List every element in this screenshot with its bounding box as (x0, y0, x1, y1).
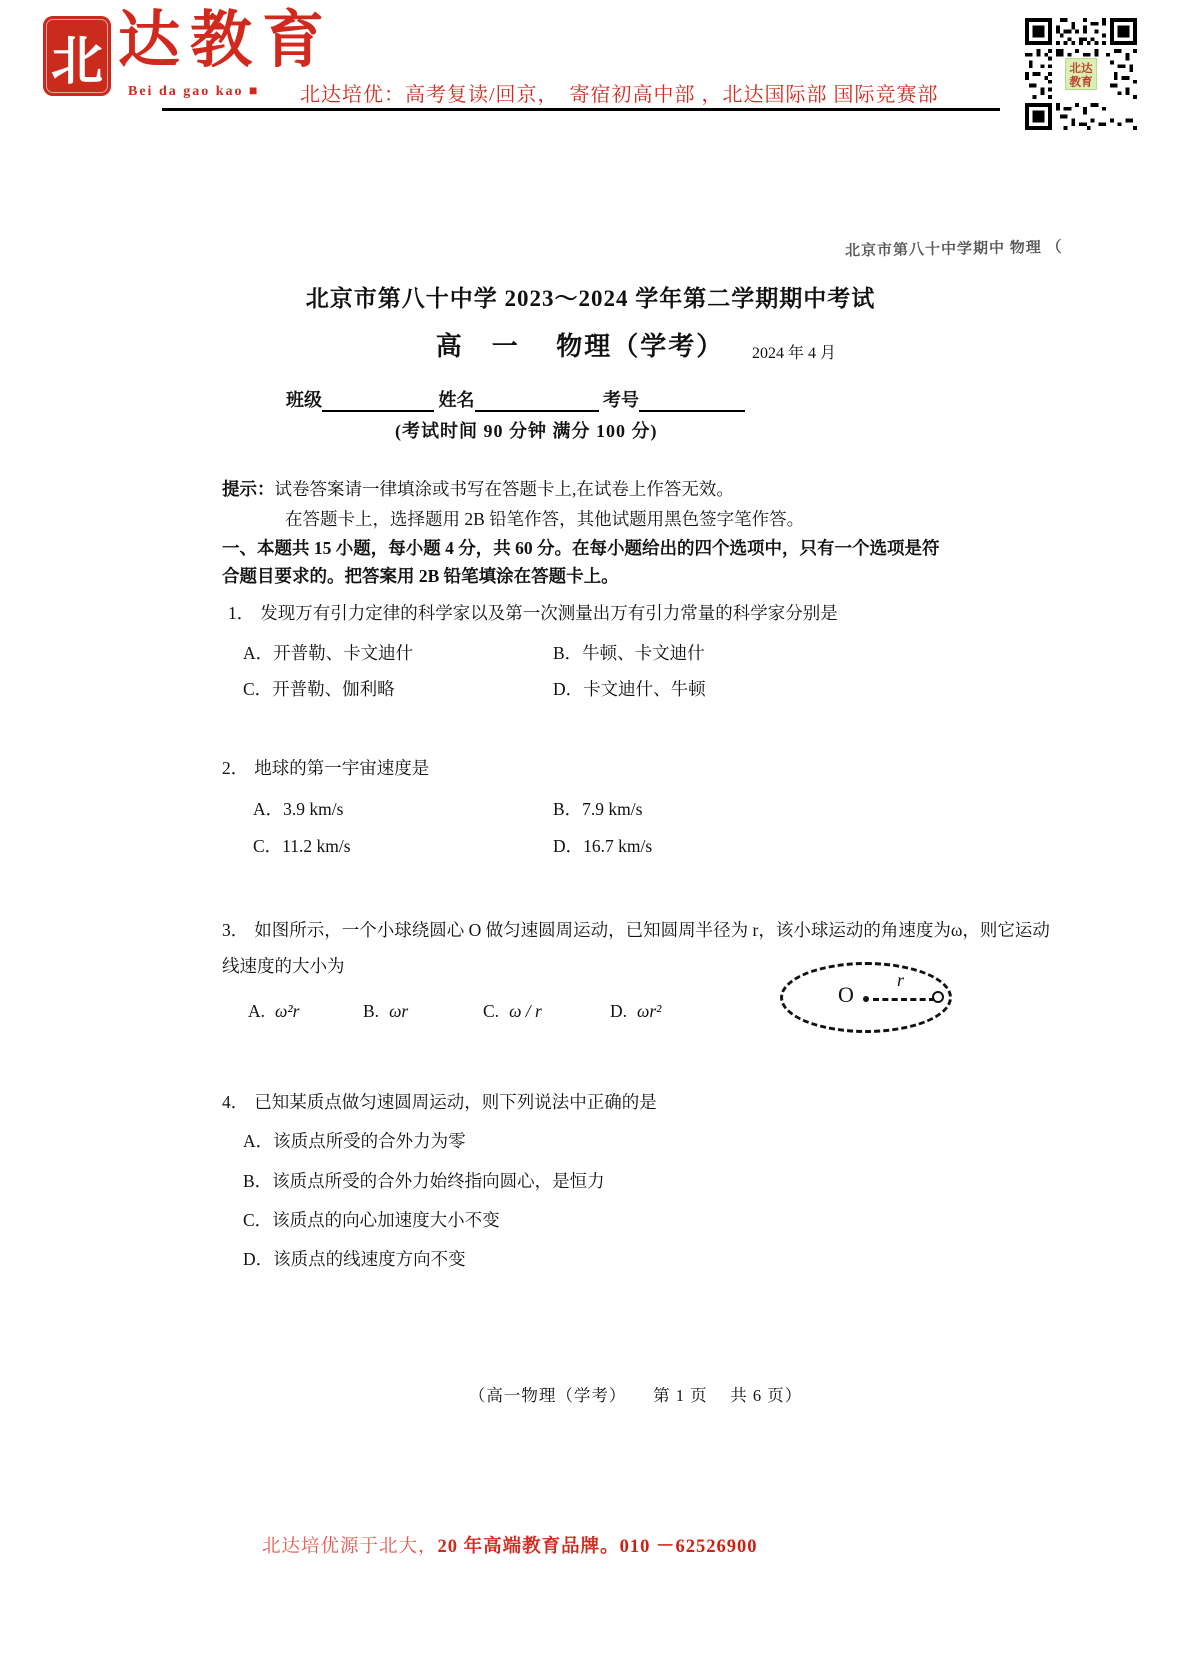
exam-title: 北京市第八十中学 2023～2024 学年第二学期期中考试 (0, 280, 1181, 313)
class-label: 班级 (286, 390, 322, 410)
section1-intro-line2: 合题目要求的。把答案用 2B 铅笔填涂在答题卡上。 (222, 566, 619, 588)
exam-paper-page: 北 达教育 Bei da gao kao ■ 北达培优：高考复读/回京， 寄宿初… (0, 0, 1181, 1654)
footer-promo: 北达培优源于北大，20 年高端教育品牌。010 －62526900 (262, 1532, 758, 1558)
question-3-stem-line2: 线速度的大小为 (222, 956, 345, 978)
option-b-formula: ωr (389, 1001, 408, 1021)
figure-center-label: O (838, 982, 854, 1008)
option-c-label: C. (483, 1001, 499, 1021)
notice-line-2: 在答题卡上，选择题用 2B 铅笔作答，其他试题用黑色签字笔作答。 (285, 509, 804, 531)
svg-text:教育: 教育 (1068, 75, 1093, 89)
question-1-option-a: A．开普勒、卡文迪什 (243, 643, 413, 665)
question-1-option-b: B．牛顿、卡文迪什 (553, 643, 705, 665)
question-4-option-d: D．该质点的线速度方向不变 (243, 1249, 466, 1271)
question-3-text-line1: 如图所示，一个小球绕圆心 O 做匀速圆周运动，已知圆周半径为 r，该小球运动的角… (254, 920, 1050, 940)
question-3-option-a: A.ω²r (248, 1001, 299, 1023)
question-2-option-b: B．7.9 km/s (553, 799, 642, 821)
question-2-text: 地球的第一宇宙速度是 (254, 758, 429, 778)
brand-seal-logo: 北 (43, 16, 111, 96)
notice-text-1: 试卷答案请一律填涂或书写在答题卡上,在试卷上作答无效。 (275, 479, 734, 499)
notice-line-1: 提示：试卷答案请一律填涂或书写在答题卡上,在试卷上作答无效。 (222, 479, 734, 501)
question-1-option-c: C．开普勒、伽利略 (243, 679, 395, 701)
question-1-number: 1． (228, 603, 254, 623)
question-2-option-d: D．16.7 km/s (553, 836, 652, 858)
option-d-label: D. (610, 1001, 627, 1021)
question-1-text: 发现万有引力定律的科学家以及第一次测量出万有引力常量的科学家分别是 (260, 603, 838, 623)
question-4-option-c: C．该质点的向心加速度大小不变 (243, 1210, 500, 1232)
option-c-formula: ω / r (509, 1001, 542, 1021)
exam-date: 2024 年 4 月 (752, 340, 836, 363)
brand-tagline: 北达培优：高考复读/回京， 寄宿初高中部 ，北达国际部 国际竞赛部 (300, 78, 939, 107)
promo-text-bold: 20 年高端教育品牌。 (438, 1537, 620, 1557)
option-a-label: A. (248, 1001, 265, 1021)
name-blank-line (475, 390, 599, 412)
brand-logo-subtext: Bei da gao kao ■ (128, 84, 259, 100)
question-4-option-a: A．该质点所受的合外力为零 (243, 1131, 466, 1153)
question-2-stem: 2．地球的第一宇宙速度是 (222, 758, 429, 780)
question-3-number: 3． (222, 920, 248, 940)
figure-center-dot (863, 996, 869, 1002)
question-2-number: 2． (222, 758, 248, 778)
question-4-text: 已知某质点做匀速圆周运动，则下列说法中正确的是 (254, 1092, 657, 1112)
promo-text-light: 北达培优源于北大， (262, 1537, 438, 1557)
question-4-number: 4． (222, 1092, 248, 1112)
brand-logo-text: 达教育 (118, 4, 334, 78)
question-3-stem-line1: 3．如图所示，一个小球绕圆心 O 做匀速圆周运动，已知圆周半径为 r，该小球运动… (222, 920, 1050, 942)
exam-id-label: 考号 (603, 390, 639, 410)
figure-radius-dashed-line (873, 998, 935, 1001)
question-3-option-b: B.ωr (363, 1001, 408, 1023)
name-label: 姓名 (439, 390, 475, 410)
section1-intro-line1: 一、本题共 15 小题，每小题 4 分，共 60 分。在每小题给出的四个选项中，… (222, 538, 940, 560)
promo-phone: 010 －62526900 (620, 1537, 758, 1557)
page-number-note: （高一物理（学考） 第 1 页 共 6 页） (90, 1382, 1181, 1406)
qr-code-icon: 北达 教育 (1025, 18, 1137, 130)
header-divider (162, 108, 1000, 111)
corner-note: 北京市第八十中学期中 物理 （ (845, 234, 1135, 260)
question-3-option-c: C.ω / r (483, 1001, 542, 1023)
question-1-option-d: D．卡文迪什、牛顿 (553, 679, 706, 701)
notice-label: 提示： (222, 479, 275, 499)
question-2-option-c: C．11.2 km/s (253, 836, 351, 858)
figure-radius-label: r (897, 970, 904, 991)
student-fields-row: 班级 姓名 考号 (286, 386, 745, 412)
exam-duration-score: (考试时间 90 分钟 满分 100 分) (395, 417, 658, 443)
question-4-option-b: B．该质点所受的合外力始终指向圆心，是恒力 (243, 1171, 605, 1193)
seal-character: 北 (51, 19, 103, 94)
figure-ball (932, 991, 944, 1003)
question-3-figure: O r (780, 962, 952, 1033)
class-blank-line (322, 390, 434, 412)
option-d-formula: ωr² (637, 1001, 661, 1021)
question-2-option-a: A．3.9 km/s (253, 799, 343, 821)
exam-id-blank-line (639, 390, 745, 412)
option-a-formula: ω²r (275, 1001, 299, 1021)
exam-subtitle: 高 一 物理（学考） (0, 326, 1160, 363)
svg-text:北达: 北达 (1069, 61, 1093, 75)
option-b-label: B. (363, 1001, 379, 1021)
question-4-stem: 4．已知某质点做匀速圆周运动，则下列说法中正确的是 (222, 1092, 657, 1114)
question-1-stem: 1．发现万有引力定律的科学家以及第一次测量出万有引力常量的科学家分别是 (228, 603, 838, 625)
question-3-option-d: D.ωr² (610, 1001, 661, 1023)
